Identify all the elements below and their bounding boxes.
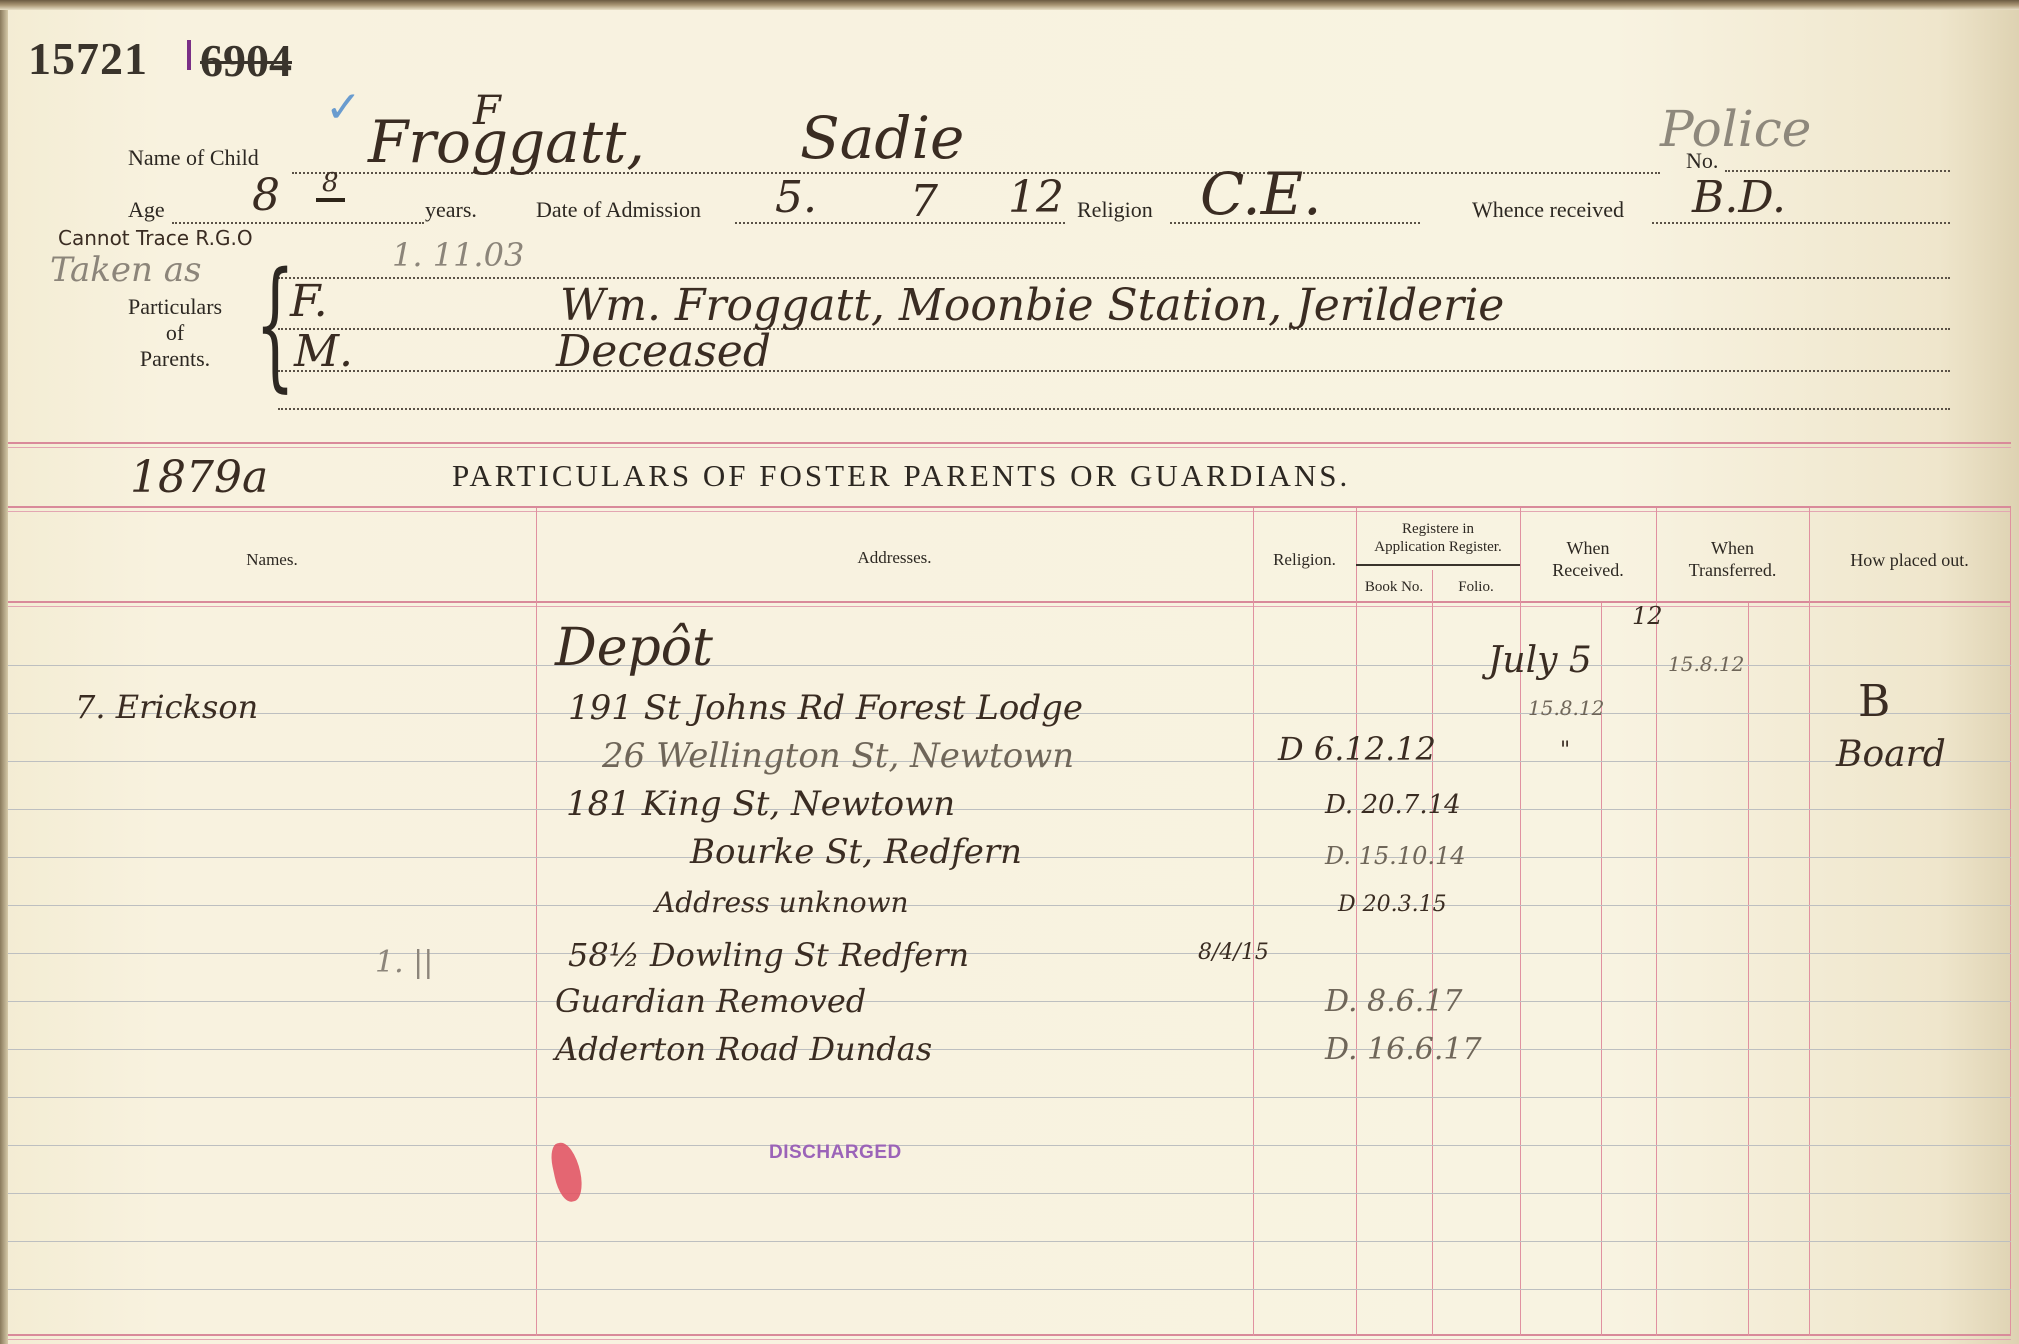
admission-year: 12	[1008, 172, 1064, 223]
age-value: 8	[252, 170, 280, 221]
ruled-line	[8, 905, 2011, 906]
section-top-rule	[8, 442, 2011, 448]
table-row-placed: B	[1858, 676, 1890, 727]
table-row-transferred: 15.8.12	[1668, 652, 1744, 676]
table-row-address: Bourke St, Redfern	[690, 832, 1022, 872]
header-when-transferred-2: Transferred.	[1656, 560, 1809, 582]
table-row-book: D 6.12.12	[1278, 730, 1436, 768]
admission-day: 5.	[775, 172, 817, 223]
table-row-address: Guardian Removed	[555, 982, 866, 1020]
register-page: 15721 6904 ✓ Name of Child F Froggatt, S…	[0, 0, 2019, 1344]
book-top-edge	[0, 0, 2019, 10]
header-book-no: Book No.	[1356, 578, 1432, 596]
registered-underline	[1356, 564, 1520, 566]
parents-dotted-line-4	[278, 408, 1950, 410]
header-religion: Religion.	[1253, 550, 1356, 570]
header-folio: Folio.	[1432, 578, 1520, 596]
table-row-book: D. 15.10.14	[1325, 842, 1466, 870]
ruled-line	[8, 1001, 2011, 1002]
header-registered-line2: Application Register.	[1350, 538, 1526, 556]
child-given-name: Sadie	[800, 104, 964, 172]
col-rule-religion-book	[1356, 508, 1357, 1336]
father-details: Wm. Froggatt, Moonbie Station, Jerilderi…	[560, 280, 1504, 331]
ruled-line	[8, 1145, 2011, 1146]
file-number: 1879a	[130, 452, 268, 503]
header-how-placed-out: How placed out.	[1809, 550, 2010, 572]
birth-date-note: 1. 11.03	[392, 236, 524, 274]
name-of-child-label: Name of Child	[128, 145, 259, 171]
purple-mark-icon	[187, 40, 191, 70]
age-superscript: 8	[316, 168, 345, 202]
col-rule-names-addresses	[536, 508, 537, 1336]
header-when-received-1: When	[1520, 538, 1656, 560]
ruled-line	[8, 1241, 2011, 1242]
book-binding	[0, 10, 8, 1344]
table-row-book: D. 8.6.17	[1325, 984, 1462, 1019]
header-registered-line1: Registere in	[1350, 520, 1526, 538]
table-row-address: 26 Wellington St, Newtown	[602, 736, 1074, 776]
ruled-line	[8, 1289, 2011, 1290]
header-addresses: Addresses.	[536, 548, 1253, 568]
parents-label-line2: of	[128, 320, 222, 346]
table-row-address: 191 St Johns Rd Forest Lodge	[568, 688, 1083, 728]
red-crayon-mark-icon	[548, 1140, 586, 1204]
religion-value: C.E.	[1200, 160, 1322, 228]
header-when-transferred-1: When	[1656, 538, 1809, 560]
header-when-received: When Received.	[1520, 538, 1656, 581]
age-dotted-line	[172, 222, 424, 224]
ruled-line	[8, 809, 2011, 810]
father-prefix: F.	[290, 276, 328, 327]
col-rule-transferred-placed	[1809, 508, 1810, 1336]
table-row-address-note: 8/4/15	[1198, 940, 1269, 965]
header-when-transferred: When Transferred.	[1656, 538, 1809, 581]
particulars-of-parents-label: Particulars of Parents.	[128, 294, 222, 372]
parents-dotted-line-3	[278, 370, 1950, 372]
foster-section-title: PARTICULARS OF FOSTER PARENTS OR GUARDIA…	[452, 458, 1350, 494]
table-row-received: July 5	[1488, 640, 1592, 681]
ruled-line	[8, 1097, 2011, 1098]
parents-label-line3: Parents.	[128, 346, 222, 372]
discharged-stamp: DISCHARGED	[769, 1142, 902, 1164]
header-names: Names.	[8, 550, 536, 570]
table-row-book: D 20.3.15	[1338, 892, 1447, 917]
table-row-placed: Board	[1836, 734, 1946, 775]
table-row-address: Depôt	[555, 618, 713, 678]
header-when-received-2: Received.	[1520, 560, 1656, 582]
parents-dotted-line-1	[278, 277, 1950, 279]
religion-label: Religion	[1077, 197, 1153, 223]
table-row-name: 7. Erickson	[75, 688, 258, 726]
admission-month: 7	[910, 176, 938, 227]
whence-value: B.D.	[1692, 172, 1786, 223]
col-rule-folio-received	[1520, 508, 1521, 1336]
cannot-trace-note: Cannot Trace R.G.O	[58, 226, 253, 250]
table-row-address: Adderton Road Dundas	[555, 1030, 932, 1068]
table-row-book: D. 20.7.14	[1325, 790, 1461, 820]
table-row-book: D. 16.6.17	[1325, 1032, 1482, 1067]
years-label: years.	[425, 197, 477, 223]
mother-details: Deceased	[556, 326, 771, 377]
col-rule-received-transferred	[1656, 508, 1657, 1336]
table-header-top-rule	[8, 506, 2011, 512]
table-row-received: 15.8.12	[1528, 696, 1604, 720]
received-year-sup: 12	[1632, 602, 1663, 630]
table-row-address: 58½ Dowling St Redfern	[568, 936, 969, 974]
table-row-address: Address unknown	[655, 886, 909, 919]
margin-pencil-note: 1. ||	[375, 945, 433, 980]
mother-prefix: M.	[294, 326, 353, 377]
ruled-line	[8, 953, 2011, 954]
date-of-admission-label: Date of Admission	[536, 197, 701, 223]
header-registered: Registere in Application Register.	[1350, 520, 1526, 556]
taken-as-note: Taken as	[50, 250, 201, 290]
register-number: 15721	[28, 32, 148, 85]
ruled-line	[8, 1049, 2011, 1050]
ruled-line	[8, 1193, 2011, 1194]
table-bottom-rule	[8, 1334, 2011, 1340]
col-rule-addresses-religion	[1253, 508, 1254, 1336]
police-annotation: Police	[1660, 100, 1811, 158]
struck-old-number: 6904	[200, 34, 292, 87]
table-row-received: "	[1560, 738, 1570, 763]
right-margin-rule	[2010, 508, 2011, 1336]
table-row-address: 181 King St, Newtown	[566, 784, 955, 824]
child-surname: Froggatt,	[368, 108, 645, 176]
checkmark-icon: ✓	[325, 82, 362, 133]
parents-label-line1: Particulars	[128, 294, 222, 320]
no-label: No.	[1686, 148, 1718, 174]
age-label: Age	[128, 197, 165, 223]
whence-received-label: Whence received	[1472, 197, 1624, 223]
table-header-bottom-rule	[8, 601, 2011, 607]
